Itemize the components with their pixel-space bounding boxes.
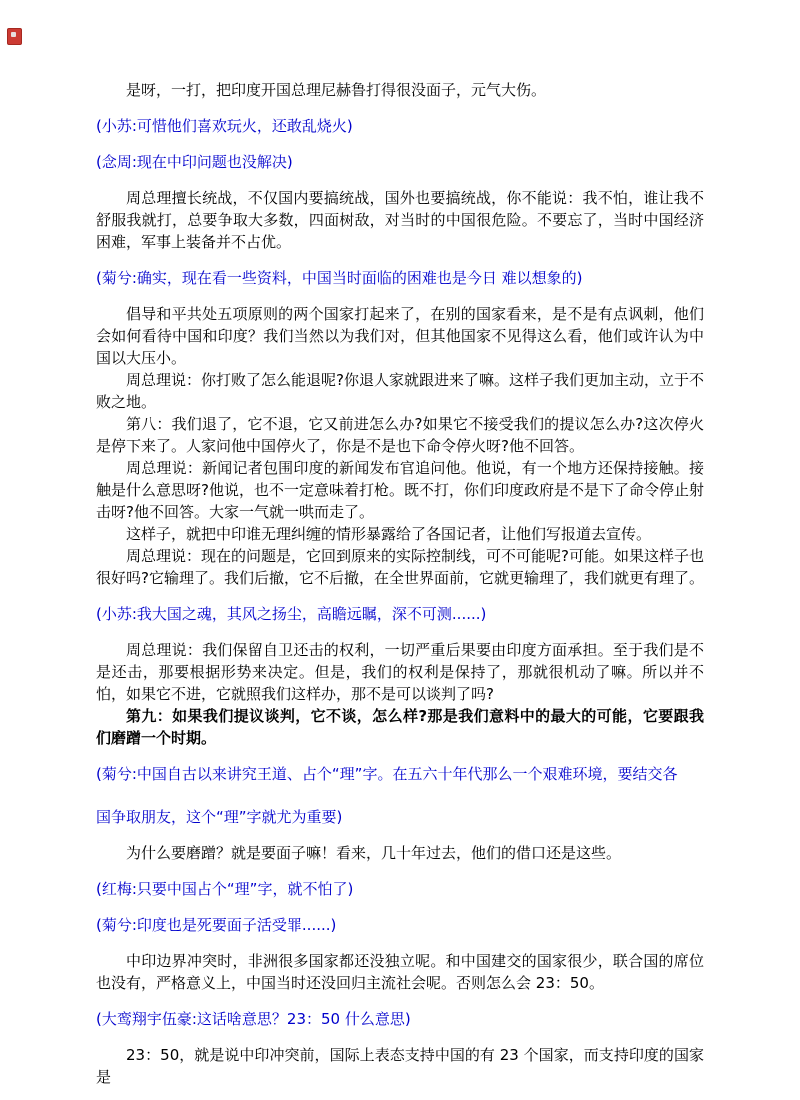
paragraph: 为什么要磨蹭？就是要面子嘛！看来，几十年过去，他们的借口还是这些。 [96, 842, 704, 864]
paragraph: 第八：我们退了，它不退，它又前进怎么办?如果它不接受我们的提议怎么办?这次停火是… [96, 413, 704, 457]
paragraph: 23：50，就是说中印冲突前，国际上表态支持中国的有 23 个国家，而支持印度的… [96, 1044, 704, 1088]
paragraph: 是呀，一打，把印度开国总理尼赫鲁打得很没面子，元气大伤。 [96, 79, 704, 101]
paragraph: 这样子，就把中印谁无理纠缠的情形暴露给了各国记者，让他们写报道去宣传。 [96, 523, 704, 545]
reader-comment: (小苏:可惜他们喜欢玩火，还敢乱烧火) [96, 115, 704, 137]
reader-comment: (红梅:只要中国占个“理”字，就不怕了) [96, 878, 704, 900]
reader-comment: (菊兮:确实，现在看一些资料，中国当时面临的困难也是今日 难以想象的) [96, 267, 704, 289]
paragraph: 周总理擅长统战，不仅国内要搞统战，国外也要搞统战，你不能说：我不怕，谁让我不舒服… [96, 187, 704, 253]
reader-comment: (念周:现在中印问题也没解决) [96, 151, 704, 173]
reader-comment: (菊兮:印度也是死要面子活受罪......) [96, 914, 704, 936]
comment-line: (菊兮:中国自古以来讲究王道、占个“理”字。在五六十年代那么一个艰难环境，要结交… [96, 763, 704, 785]
paragraph: 周总理说：我们保留自卫还击的权利，一切严重后果要由印度方面承担。至于我们是不是还… [96, 639, 704, 705]
paragraph: 周总理说：新闻记者包围印度的新闻发布官追问他。他说，有一个地方还保持接触。接触是… [96, 457, 704, 523]
document-body: 是呀，一打，把印度开国总理尼赫鲁打得很没面子，元气大伤。 (小苏:可惜他们喜欢玩… [96, 79, 704, 1088]
paragraph: 倡导和平共处五项原则的两个国家打起来了，在别的国家看来，是不是有点讽刺，他们会如… [96, 303, 704, 369]
paragraph: 周总理说：你打败了怎么能退呢?你退人家就跟进来了嘛。这样子我们更加主动，立于不败… [96, 369, 704, 413]
reader-comment: (菊兮:中国自古以来讲究王道、占个“理”字。在五六十年代那么一个艰难环境，要结交… [96, 763, 704, 828]
paragraph: 周总理说：现在的问题是，它回到原来的实际控制线，可不可能呢?可能。如果这样子也很… [96, 545, 704, 589]
reader-comment: (小苏:我大国之魂，其风之扬尘，高瞻远瞩，深不可测......) [96, 603, 704, 625]
reader-comment: (大鸾翔宇伍豪:这话啥意思？23：50 什么意思) [96, 1008, 704, 1030]
paragraph: 中印边界冲突时，非洲很多国家都还没独立呢。和中国建交的国家很少，联合国的席位也没… [96, 950, 704, 994]
red-corner-marker-icon [7, 28, 22, 45]
paragraph-bold: 第九：如果我们提议谈判，它不谈，怎么样?那是我们意料中的最大的可能，它要跟我们磨… [96, 705, 704, 749]
document-page: 是呀，一打，把印度开国总理尼赫鲁打得很没面子，元气大伤。 (小苏:可惜他们喜欢玩… [0, 0, 800, 1100]
comment-line: 国争取朋友，这个“理”字就尤为重要) [96, 806, 704, 828]
